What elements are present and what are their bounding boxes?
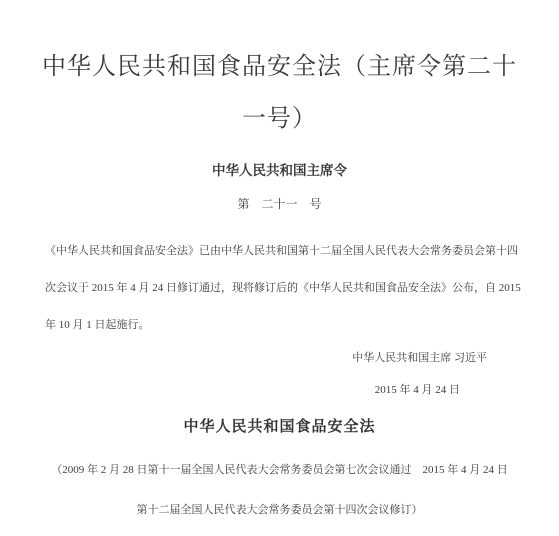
adoption-note-line-2: 第十二届全国人民代表大会常务委员会第十四次会议修订） (0, 490, 559, 530)
page-title-line-1: 中华人民共和国食品安全法（主席令第二十 (0, 41, 559, 93)
announcement-paragraph: 《中华人民共和国食品安全法》已由中华人民共和国第十二届全国人民代表大会常务委员会… (0, 233, 559, 344)
president-signature: 中华人民共和国主席 习近平 (0, 350, 559, 366)
document-page: 中华人民共和国食品安全法（主席令第二十 一号） 中华人民共和国主席令 第 二十一… (0, 0, 559, 536)
page-title: 中华人民共和国食品安全法（主席令第二十 一号） (0, 41, 559, 145)
announcement-line-2: 次会议于 2015 年 4 月 24 日修订通过，现将修订后的《中华人民共和国食… (45, 270, 515, 307)
decree-number: 第 二十一 号 (0, 195, 559, 213)
adoption-note: （2009 年 2 月 28 日第十一届全国人民代表大会常务委员会第七次会议通过… (0, 450, 559, 530)
page-title-line-2: 一号） (0, 93, 559, 145)
announcement-line-1: 《中华人民共和国食品安全法》已由中华人民共和国第十二届全国人民代表大会常务委员会… (45, 233, 515, 270)
adoption-note-line-1: （2009 年 2 月 28 日第十一届全国人民代表大会常务委员会第七次会议通过… (0, 450, 559, 490)
signature-date: 2015 年 4 月 24 日 (0, 382, 559, 398)
announcement-line-3: 年 10 月 1 日起施行。 (45, 307, 515, 344)
decree-heading: 中华人民共和国主席令 (0, 161, 559, 181)
law-title-heading: 中华人民共和国食品安全法 (0, 416, 559, 438)
